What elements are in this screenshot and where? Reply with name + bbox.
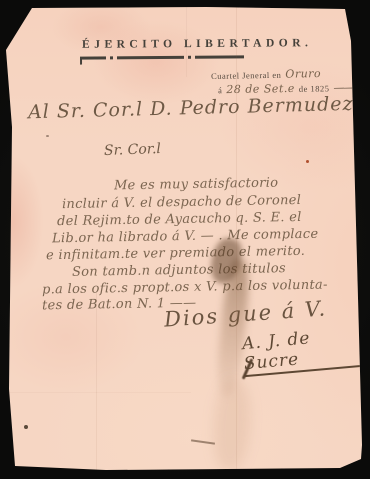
paper-speck	[46, 135, 49, 137]
ink-stain-tail	[211, 378, 253, 472]
fold-crease-horizontal	[6, 392, 191, 393]
dateline-printed-a: á	[218, 85, 222, 95]
letter-paper: ÉJERCITO LIBERTADOR. Cuartel Jeneral en …	[6, 7, 363, 470]
salutation: Sr. Cor.l	[104, 141, 161, 159]
paper-speck	[306, 160, 309, 163]
signature-sucre: A. J. de Sucre	[241, 324, 364, 377]
body-line: del Rejim.to de Ayacucho q. S. E. el	[57, 210, 302, 229]
address-line: Al Sr. Cor.l D. Pedro Bermudez —	[28, 93, 358, 124]
letterhead-rule	[80, 55, 244, 59]
body-line: Me es muy satisfactorio	[114, 176, 279, 194]
fold-crease-vertical	[96, 292, 97, 470]
letterhead-title: ÉJERCITO LIBERTADOR.	[82, 37, 312, 51]
body-line: p.a los ofic.s propt.os x V. p.a los vol…	[42, 278, 328, 298]
dateline-printed-year: de 1825	[299, 83, 330, 94]
scanned-letter-backdrop: ÉJERCITO LIBERTADOR. Cuartel Jeneral en …	[0, 0, 370, 479]
body-line: Son tamb.n adjuntos los titulos	[72, 261, 286, 280]
body-line: incluir á V. el despacho de Coronel	[62, 193, 301, 212]
body-line: e infinitam.te ver premiado el merito.	[46, 244, 305, 264]
ink-scratch-mark	[191, 439, 215, 444]
paper-speck	[24, 425, 28, 429]
